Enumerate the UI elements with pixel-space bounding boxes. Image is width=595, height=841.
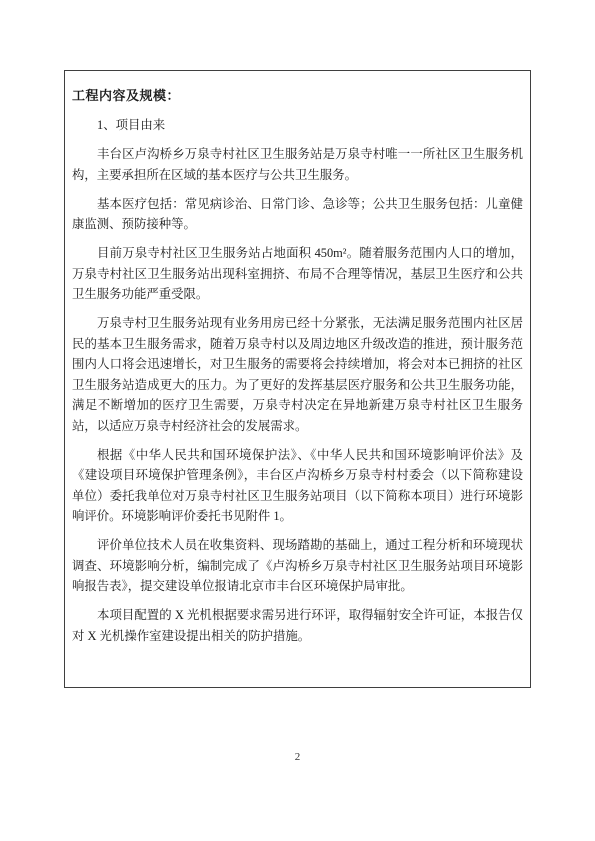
paragraph-legal-basis: 根据《中华人民共和国环境保护法》、《中华人民共和国环境影响评价法》及《建设项目环… xyxy=(72,445,523,527)
document-page: 工程内容及规模： 1、项目由来 丰台区卢沟桥乡万泉寺村社区卫生服务站是万泉寺村唯… xyxy=(0,0,595,841)
paragraph-report-preparation: 评价单位技术人员在收集资料、现场踏勘的基础上，通过工程分析和环境现状调查、环境影… xyxy=(72,535,523,597)
paragraph-current-site: 目前万泉寺村社区卫生服务站占地面积 450m²。随着服务范围内人口的增加，万泉寺… xyxy=(72,243,523,305)
page-number: 2 xyxy=(0,751,595,763)
section-heading: 工程内容及规模： xyxy=(72,86,523,107)
paragraph-capacity-pressure: 万泉寺村卫生服务站现有业务用房已经十分紧张，无法满足服务范围内社区居民的基本卫生… xyxy=(72,313,523,436)
paragraph-project-origin: 丰台区卢沟桥乡万泉寺村社区卫生服务站是万泉寺村唯一一所社区卫生服务机构，主要承担… xyxy=(72,144,523,185)
paragraph-xray-note: 本项目配置的 X 光机根据要求需另进行环评，取得辐射安全许可证，本报告仅对 X … xyxy=(72,605,523,646)
paragraph-basic-services: 基本医疗包括：常见病诊治、日常门诊、急诊等；公共卫生服务包括：儿童健康监测、预防… xyxy=(72,194,523,235)
content-table-cell: 工程内容及规模： 1、项目由来 丰台区卢沟桥乡万泉寺村社区卫生服务站是万泉寺村唯… xyxy=(64,70,531,688)
subsection-heading: 1、项目由来 xyxy=(72,115,523,136)
